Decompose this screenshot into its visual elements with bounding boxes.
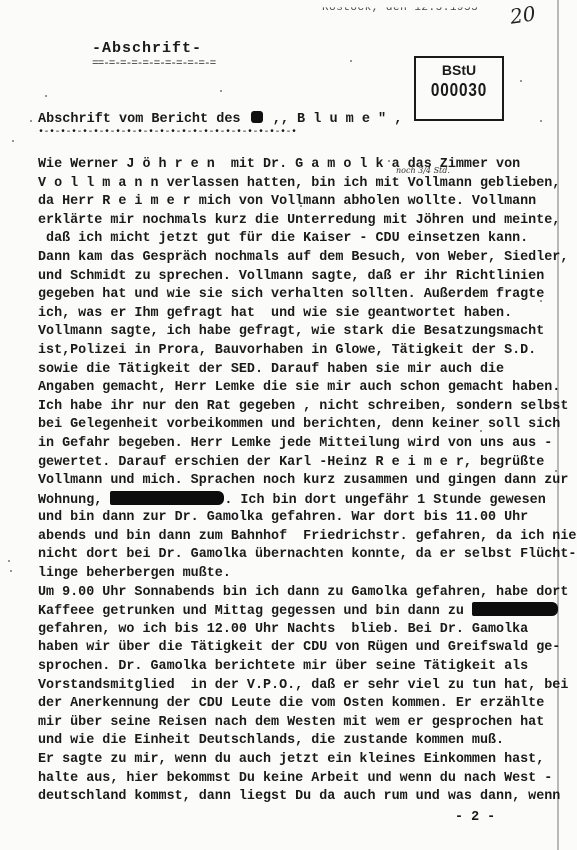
scan-speck [555,470,557,472]
line-text: . Ich bin dort ungefähr 1 Stunde gewesen [224,493,545,508]
body-line: linge beherbergen mußte. [38,565,558,584]
body-line: haben wir über die Tätigkeit der CDU von… [38,639,558,658]
body-line: Um 9.00 Uhr Sonnabends bin ich dann zu G… [38,584,558,603]
body-line: der Anerkennung der CDU Leute die vom Os… [38,695,558,714]
page-number: - 2 - [455,810,495,825]
body-line: V o l l m a n n verlassen hatten, bin ic… [38,175,558,194]
handwritten-page-mark: 20 [508,1,537,28]
scan-speck [220,90,222,92]
line-text: Wohnung, [38,493,110,508]
body-line: Wie Werner J ö h r e n mit Dr. G a m o l… [38,156,558,175]
body-line: ist,Polizei in Prora, Bauvorhaben in Glo… [38,342,558,361]
scan-speck [388,160,390,162]
document-page: Rostock, den 12.5.1955 20 -Abschrift- ==… [0,0,577,850]
body-line: und wie die Einheit Deutschlands, die zu… [38,732,558,751]
body-line: daß ich micht jetzt gut für die Kaiser -… [38,230,558,249]
body-line: abends und bin dann zum Bahnhof Friedric… [38,528,558,547]
redaction-bar [472,602,558,616]
line-text: Kaffeee getrunken und Mittag gegessen un… [38,604,472,619]
scan-speck [30,120,32,122]
body-line: Dann kam das Gespräch nochmals auf dem B… [38,249,558,268]
body-line: in Gefahr begeben. Herr Lemke jede Mitte… [38,435,558,454]
scan-speck [480,430,482,432]
body-line: Vollmann und mich. Sprachen noch kurz zu… [38,472,558,491]
scan-speck [520,80,522,82]
report-body: Wie Werner J ö h r e n mit Dr. G a m o l… [38,156,558,807]
body-line: nicht dort bei Dr. Gamolka übernachten k… [38,546,558,565]
body-line: Kaffeee getrunken und Mittag gegessen un… [38,602,558,621]
body-line: gefahren, wo ich bis 12.00 Uhr Nachts bl… [38,621,558,640]
redaction-bar [110,491,224,505]
body-line: deutschland kommst, dann liegst Du da au… [38,788,558,807]
body-line: da Herr R e i m e r mich von Vollmann ab… [38,193,558,212]
body-line: gewertet. Darauf erschien der Karl -Hein… [38,454,558,473]
document-title: -Abschrift- [92,40,202,57]
body-line: erklärte mir nochmals kurz die Unterredu… [38,212,558,231]
body-line: ich, was er Ihm gefragt hat und wie sie … [38,305,558,324]
body-line: Wohnung, . Ich bin dort ungefähr 1 Stund… [38,491,558,510]
redaction-mark [251,111,263,123]
body-line: halte aus, hier bekommst Du keine Arbeit… [38,770,558,789]
stamp-label: BStU [416,62,502,78]
scan-speck [300,205,302,207]
body-line: Ich habe ihr nur den Rat gegeben , nicht… [38,398,558,417]
scan-speck [10,570,12,572]
body-line: gegeben hat und wie sie sich verhalten s… [38,286,558,305]
scan-speck [12,140,14,142]
stamp-number: 000030 [422,80,495,100]
body-line: Angaben gemacht, Herr Lemke die sie mir … [38,379,558,398]
body-line: bei Gelegenheit vorbeikommen und bericht… [38,416,558,435]
report-subheading: Abschrift vom Bericht des ,, B l u m e "… [38,111,402,127]
body-line: mir über seine Reisen nach dem Westen mi… [38,714,558,733]
subheading-suffix: ,, B l u m e " , [265,112,403,127]
scan-speck [45,95,47,97]
scan-speck [350,60,352,62]
body-line: Er sagte zu mir, wenn du auch jetzt ein … [38,751,558,770]
body-line: sowie die Tätigkeit der SED. Darauf habe… [38,361,558,380]
subheading-prefix: Abschrift vom Bericht des [38,112,249,127]
body-line: und Schmidt zu sprechen. Vollmann sagte,… [38,268,558,287]
subheading-underline: •-•-•-•-•-•-•-•-•-•-•-•-•-•-•-•-•-•-•-•-… [38,127,297,138]
scan-speck [540,300,542,302]
scan-speck [540,120,542,122]
title-underline: ==-=-=-=-=-=-=-=-=-=-= [92,58,215,70]
body-line: sprochen. Dr. Gamolka berichtete mir übe… [38,658,558,677]
body-line: und bin dann zur Dr. Gamolka gefahren. W… [38,509,558,528]
body-line: Vollmann sagte, ich habe gefragt, wie st… [38,323,558,342]
cut-off-header-line: Rostock, den 12.5.1955 [322,2,478,14]
archive-stamp: BStU 000030 [414,56,504,121]
body-line: Vorstandsmitglied in der V.P.O., daß er … [38,677,558,696]
scan-speck [8,560,10,562]
